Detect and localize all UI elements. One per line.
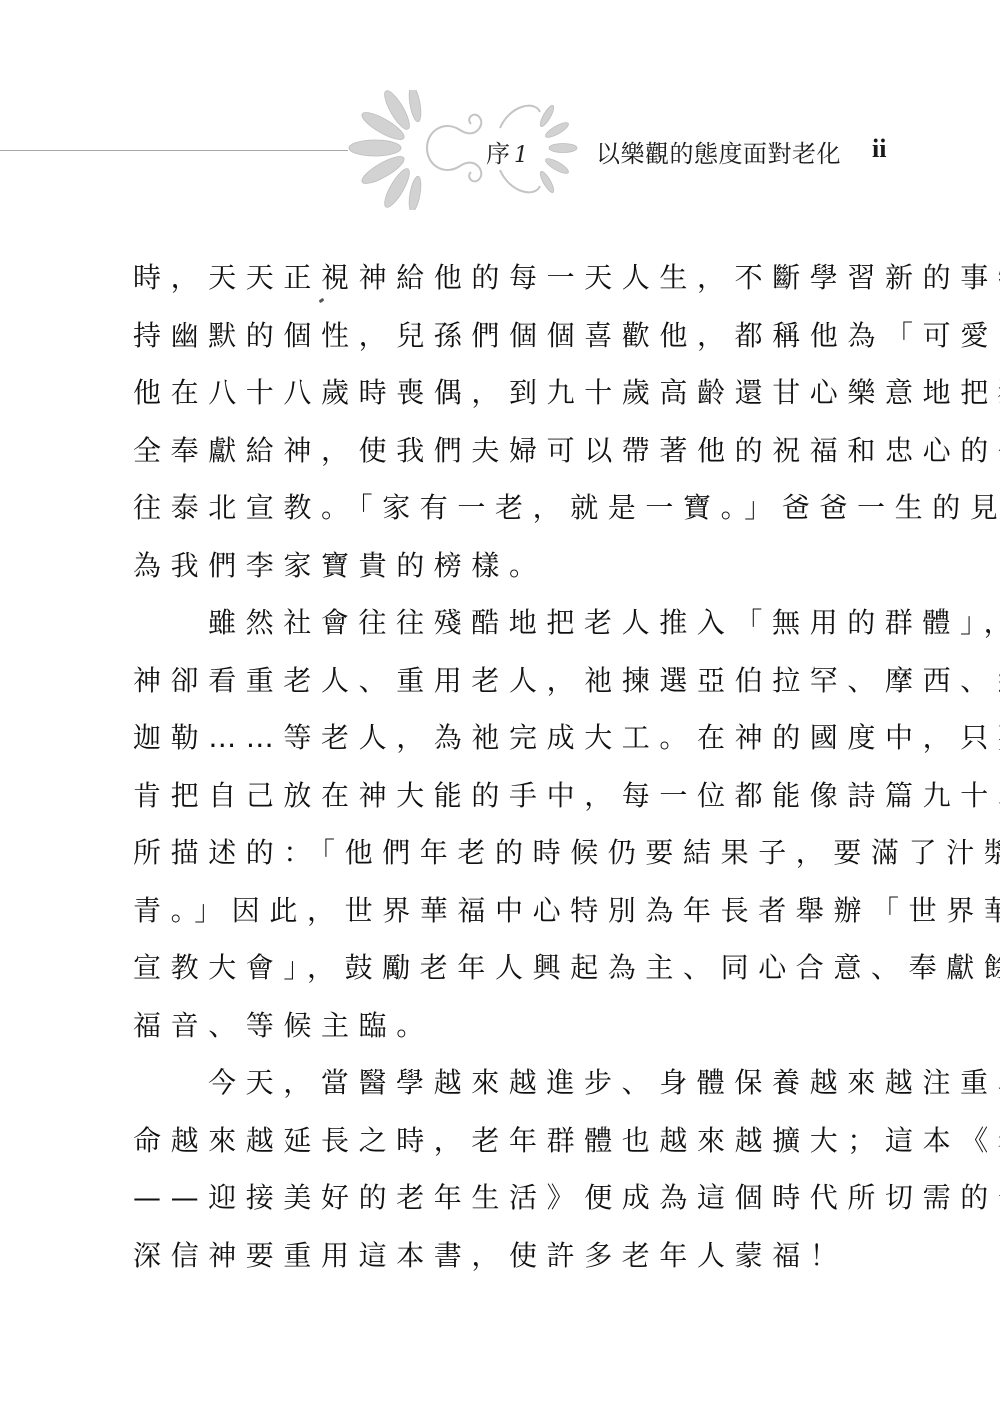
text-line: 雖然社會往往殘酷地把老人推入「無用的群體」，但我們的 xyxy=(133,594,893,652)
paragraph-3: 今天，當醫學越來越進步、身體保養越來越注重、人類壽 命越來越延長之時，老年群體也… xyxy=(133,1054,893,1284)
text-line: 命越來越延長之時，老年群體也越來越擴大；這本《老的漂亮 xyxy=(133,1112,893,1170)
text-line: 青。」因此，世界華福中心特別為年長者舉辦「世界華人長者 xyxy=(133,882,893,940)
chapter-label: 序1 xyxy=(486,134,529,169)
paragraph-1: 時，天天正視神給他的每一天人生，不斷學習新的事物，並保 持幽默的個性，兒孫們個個… xyxy=(133,249,893,594)
text-line: 福音、等候主臨。 xyxy=(133,997,893,1055)
page-header: 序1 以樂觀的態度面對老化 ii xyxy=(0,90,1000,210)
text-line: 往泰北宣教。「家有一老，就是一寶。」爸爸一生的見證，成 xyxy=(133,479,893,537)
text-line: 肯把自己放在神大能的手中，每一位都能像詩篇九十二篇14節 xyxy=(133,767,893,825)
body-text: 時，天天正視神給他的每一天人生，不斷學習新的事物，並保 持幽默的個性，兒孫們個個… xyxy=(133,249,893,1284)
text-line: 宣教大會」，鼓勵老年人興起為主、同心合意、奉獻餘生、廣傳 xyxy=(133,939,893,997)
text-line: 時，天天正視神給他的每一天人生，不斷學習新的事物，並保 xyxy=(133,249,893,307)
chapter-prefix: 序 xyxy=(486,140,511,168)
paragraph-2: 雖然社會往往殘酷地把老人推入「無用的群體」，但我們的 神卻看重老人、重用老人，祂… xyxy=(133,594,893,1054)
text-line: 他在八十八歲時喪偶，到九十歲高齡還甘心樂意地把獨生子秀 xyxy=(133,364,893,422)
text-line: 今天，當醫學越來越進步、身體保養越來越注重、人類壽 xyxy=(133,1054,893,1112)
header-rule xyxy=(0,150,348,151)
page-number: ii xyxy=(872,134,886,164)
chapter-number: 1 xyxy=(514,143,529,168)
text-line: 神卻看重老人、重用老人，祂揀選亞伯拉罕、摩西、約書亞、 xyxy=(133,652,893,710)
floral-ornament-icon xyxy=(335,90,585,210)
text-line: 迦勒……等老人，為祂完成大工。在神的國度中，只要老年人 xyxy=(133,709,893,767)
text-line: 全奉獻給神，使我們夫婦可以帶著他的祝福和忠心的代禱，前 xyxy=(133,422,893,480)
text-line: 深信神要重用這本書，使許多老年人蒙福！ xyxy=(133,1227,893,1285)
text-line: 為我們李家寶貴的榜樣。 xyxy=(133,537,893,595)
running-title: 以樂觀的態度面對老化 xyxy=(596,134,841,169)
text-line: 所描述的：「他們年老的時候仍要結果子，要滿了汁漿而常發 xyxy=(133,824,893,882)
text-line: ——迎接美好的老年生活》便成為這個時代所切需的一本書， xyxy=(133,1169,893,1227)
text-line: 持幽默的個性，兒孫們個個喜歡他，都稱他為「可愛的老人」。 xyxy=(133,307,893,365)
